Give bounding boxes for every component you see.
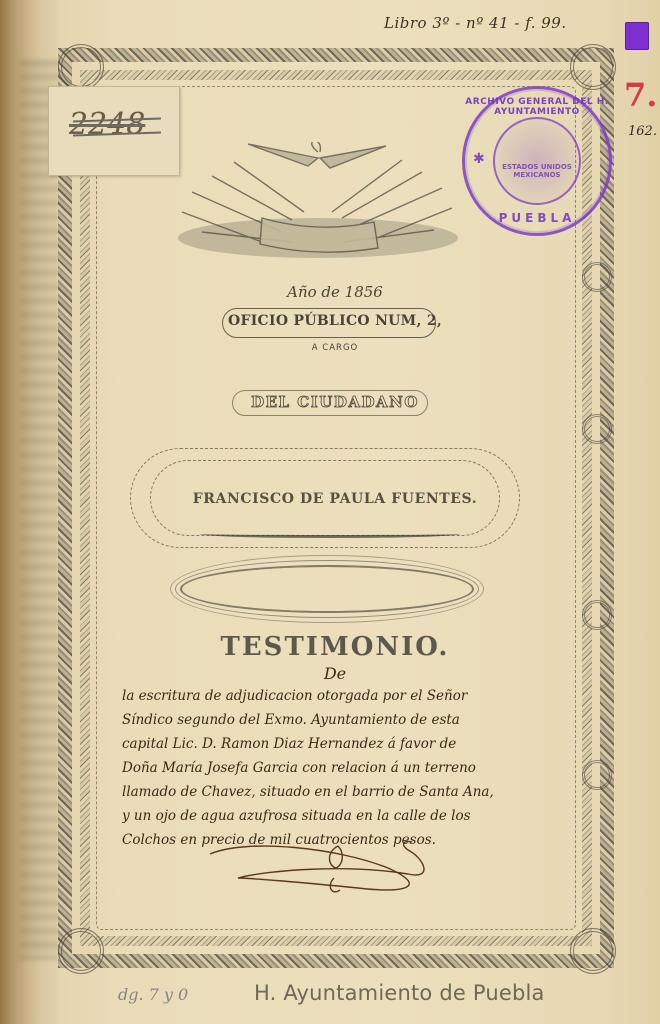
stamp-coat-of-arms: ESTADOS UNIDOS MEXICANOS	[493, 117, 581, 205]
side-scroll-ornament-icon	[582, 262, 612, 292]
corner-scroll-ornament-icon	[570, 928, 616, 974]
signature-rubric-icon	[208, 838, 438, 896]
office-title: OFICIO PÚBLICO NUM, 2,	[100, 313, 570, 329]
corner-scroll-ornament-icon	[58, 44, 104, 90]
a-cargo-label: A CARGO	[100, 343, 570, 353]
side-scroll-ornament-icon	[582, 600, 612, 630]
crossed-out-number: 2248	[69, 107, 145, 142]
manuscript-line: capital Lic. D. Ramon Diaz Hernandez á f…	[122, 732, 542, 756]
stamp-bottom-text: PUEBLA	[465, 211, 609, 225]
pencil-annotation: dg. 7 y 0	[118, 985, 188, 1004]
manuscript-line: Doña María Josefa Garcia con relacion á …	[122, 756, 542, 780]
stamp-star-icon: ✱	[473, 151, 485, 168]
document-title: TESTIMONIO.	[100, 632, 570, 662]
trophy-of-arms-eagle-icon	[172, 142, 464, 264]
manuscript-line: la escritura de adjudicacion otorgada po…	[122, 684, 542, 708]
facing-page-bleed	[20, 60, 60, 960]
folio-number: 162.	[628, 124, 657, 139]
side-scroll-ornament-icon	[582, 414, 612, 444]
document-year: Año de 1856	[100, 283, 570, 301]
side-scroll-ornament-icon	[582, 760, 612, 790]
archive-reference: Libro 3º - nº 41 - f. 99.	[384, 14, 567, 32]
archive-watermark: H. Ayuntamiento de Puebla	[254, 981, 545, 1005]
empty-oval-cartouche	[182, 567, 472, 611]
manuscript-line: Síndico segundo del Exmo. Ayuntamiento d…	[122, 708, 542, 732]
purple-index-tab	[625, 22, 649, 50]
red-page-number: 7.	[624, 76, 657, 114]
manuscript-text: la escritura de adjudicacion otorgada po…	[122, 684, 542, 852]
pasted-label: 2248	[48, 86, 180, 176]
manuscript-line: y un ojo de agua azufrosa situada en la …	[122, 804, 542, 828]
flourish-divider	[200, 530, 460, 538]
manuscript-line: llamado de Chavez, situado en el barrio …	[122, 780, 542, 804]
corner-scroll-ornament-icon	[58, 928, 104, 974]
del-ciudadano-label: DEL CIUDADANO	[100, 393, 570, 411]
archive-seal-stamp: ARCHIVO GENERAL DEL H. AYUNTAMIENTO ESTA…	[462, 86, 612, 236]
corner-scroll-ornament-icon	[570, 44, 616, 90]
stamp-inner-text: ESTADOS UNIDOS MEXICANOS	[495, 163, 579, 179]
stamp-top-text: ARCHIVO GENERAL DEL H. AYUNTAMIENTO	[465, 97, 609, 117]
notary-name: FRANCISCO DE PAULA FUENTES.	[100, 491, 570, 507]
de-word: De	[100, 664, 570, 683]
